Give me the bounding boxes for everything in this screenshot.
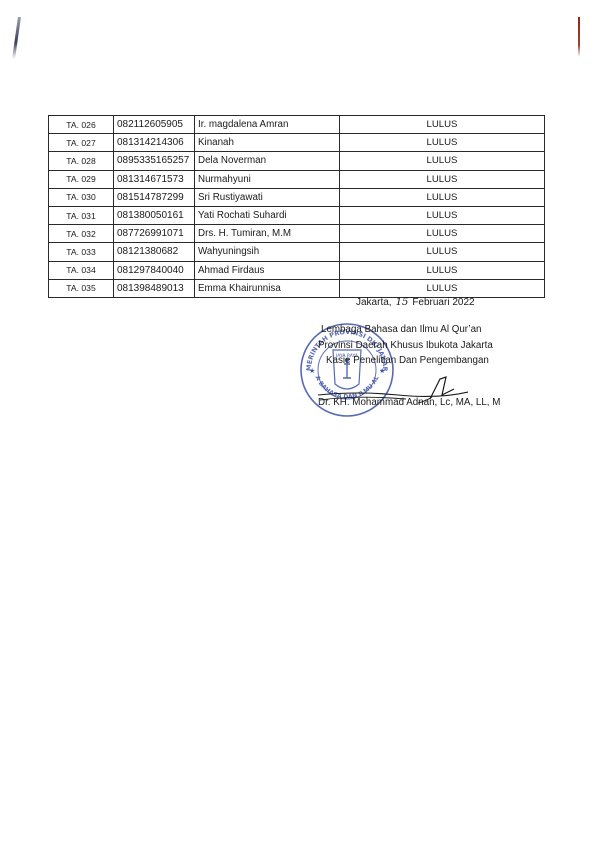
participant-id: TA. 030 xyxy=(49,188,114,206)
participant-name: Drs. H. Tumiran, M.M xyxy=(195,225,340,243)
status-cell: LULUS xyxy=(340,279,545,297)
table-row: TA. 029081314671573NurmahyuniLULUS xyxy=(49,170,545,188)
participant-id: TA. 031 xyxy=(49,206,114,224)
scan-edge-left xyxy=(12,17,21,59)
participant-id: TA. 026 xyxy=(49,116,114,134)
participant-name: Kinanah xyxy=(195,134,340,152)
date-day: 15 xyxy=(396,297,409,308)
phone-number: 081398489013 xyxy=(114,279,195,297)
signatory-name: Dr. KH. Mohammad Adnan, Lc, MA, LL, M xyxy=(318,397,500,408)
phone-number: 0895335165257 xyxy=(114,152,195,170)
table-row: TA. 031081380050161Yati Rochati SuhardiL… xyxy=(49,206,545,224)
phone-number: 081380050161 xyxy=(114,206,195,224)
participant-id: TA. 027 xyxy=(49,134,114,152)
table-row: TA. 035081398489013Emma KhairunnisaLULUS xyxy=(49,279,545,297)
date-city: Jakarta, xyxy=(356,297,392,308)
table-row: TA. 0280895335165257Dela NovermanLULUS xyxy=(49,152,545,170)
participant-id: TA. 032 xyxy=(49,225,114,243)
status-cell: LULUS xyxy=(340,116,545,134)
date-month-year: Februari 2022 xyxy=(412,297,474,308)
signatory-position: Kasie Penelitian Dan Pengembangan xyxy=(326,353,493,369)
signatory-region: Provinsi Daerah Khusus Ibukota Jakarta xyxy=(318,338,493,354)
signatory-institution: Lembaga Bahasa dan Ilmu Al Qur’an xyxy=(321,322,493,338)
participant-id: TA. 035 xyxy=(49,279,114,297)
participant-id: TA. 034 xyxy=(49,261,114,279)
phone-number: 087726991071 xyxy=(114,225,195,243)
status-cell: LULUS xyxy=(340,206,545,224)
participant-name: Sri Rustiyawati xyxy=(195,188,340,206)
phone-number: 081514787299 xyxy=(114,188,195,206)
phone-number: 081314214306 xyxy=(114,134,195,152)
participant-name: Yati Rochati Suhardi xyxy=(195,206,340,224)
status-cell: LULUS xyxy=(340,170,545,188)
status-cell: LULUS xyxy=(340,243,545,261)
results-table: TA. 026082112605905Ir. magdalena AmranLU… xyxy=(48,115,545,298)
table-row: TA. 03308121380682WahyuningsihLULUS xyxy=(49,243,545,261)
participant-name: Nurmahyuni xyxy=(195,170,340,188)
participant-name: Emma Khairunnisa xyxy=(195,279,340,297)
table-row: TA. 026082112605905Ir. magdalena AmranLU… xyxy=(49,116,545,134)
phone-number: 081297840040 xyxy=(114,261,195,279)
handwritten-signature-icon xyxy=(318,375,468,415)
participant-name: Ahmad Firdaus xyxy=(195,261,340,279)
table-row: TA. 030081514787299Sri RustiyawatiLULUS xyxy=(49,188,545,206)
participant-id: TA. 033 xyxy=(49,243,114,261)
participant-name: Wahyuningsih xyxy=(195,243,340,261)
phone-number: 082112605905 xyxy=(114,116,195,134)
participant-name: Dela Noverman xyxy=(195,152,340,170)
table-row: TA. 034081297840040Ahmad FirdausLULUS xyxy=(49,261,545,279)
participant-name: Ir. magdalena Amran xyxy=(195,116,340,134)
scan-edge-right xyxy=(578,17,580,57)
participant-id: TA. 029 xyxy=(49,170,114,188)
status-cell: LULUS xyxy=(340,152,545,170)
status-cell: LULUS xyxy=(340,261,545,279)
status-cell: LULUS xyxy=(340,188,545,206)
status-cell: LULUS xyxy=(340,225,545,243)
svg-text:★: ★ xyxy=(309,367,315,375)
date-line: Jakarta,15Februari 2022 xyxy=(356,297,475,308)
signatory-block: Lembaga Bahasa dan Ilmu Al Qur’an Provin… xyxy=(321,322,493,369)
status-cell: LULUS xyxy=(340,134,545,152)
participant-id: TA. 028 xyxy=(49,152,114,170)
phone-number: 081314671573 xyxy=(114,170,195,188)
table-row: TA. 027081314214306KinanahLULUS xyxy=(49,134,545,152)
table-row: TA. 032087726991071Drs. H. Tumiran, M.ML… xyxy=(49,225,545,243)
phone-number: 08121380682 xyxy=(114,243,195,261)
